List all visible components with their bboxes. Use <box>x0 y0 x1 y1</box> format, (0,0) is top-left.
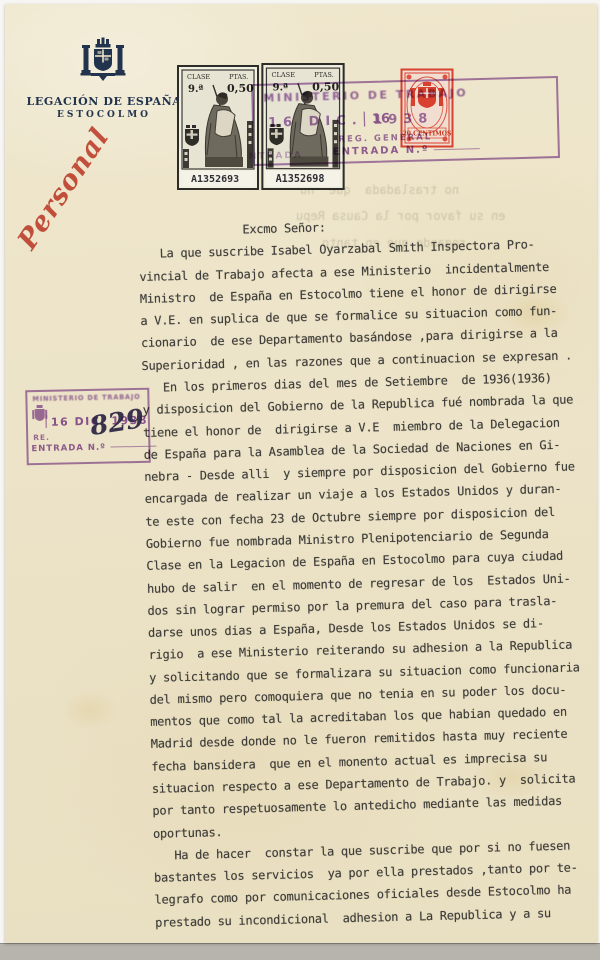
registry-rubber-stamp-top: MINISTERIO DE TRABAJO 16 DIC. 1938 | 16 … <box>251 76 560 166</box>
stamp-entry-blank <box>110 446 156 448</box>
stamp-registry-line: REG. GENERAL <box>338 132 432 144</box>
stamp-ministry-line: MINISTERIO DE TRABAJO <box>32 393 140 403</box>
spain-coat-of-arms-icon <box>77 36 129 98</box>
stamp-entry-blank <box>434 148 480 150</box>
stamp-class-label: CLASE <box>187 73 210 81</box>
stamp-ptas-label: PTAS. <box>314 71 334 79</box>
stamp-entry-label: ENTRADA N.º <box>31 443 106 455</box>
scanned-letter-photo: no trasladada que nu en su favor por la … <box>0 0 600 960</box>
stamp-registry-line: RE. <box>33 433 50 442</box>
stamp-entry-ghost: NTRADA <box>249 151 303 162</box>
stamp-entry-label: ENTRADA N.º <box>333 144 430 158</box>
stamp-ptas-label: PTAS. <box>229 73 248 81</box>
scan-background-strip <box>0 943 600 960</box>
revenue-stamp-left: CLASE PTAS. 9.ª 0,50 <box>177 65 259 194</box>
stamp-class-value: 9.ª <box>188 84 203 95</box>
letterhead-city: ESTOCOLMO <box>18 110 190 120</box>
letter-body-text: Excmo Señor: La que suscribe Isabel Oyar… <box>138 210 586 933</box>
letterhead-organization: LEGACIÓN DE ESPAÑA <box>18 95 190 108</box>
stamp-serial-number: A1352698 <box>276 174 325 185</box>
stamp-serial-number: A1352693 <box>191 174 239 185</box>
stamp-date: 16 DIC. 1938 <box>268 111 434 130</box>
stamp-tick-mark: | <box>362 109 368 127</box>
stamp-entry-line: ENTRADA N.º <box>31 442 156 455</box>
stamp-entry-line: ENTRADA N.º <box>333 143 480 158</box>
stamp-tick-mark: | <box>44 414 49 429</box>
stamp-date-echo: 16 <box>372 111 390 126</box>
stamp-ministry-line: MINISTERIO DE TRABAJO <box>263 86 468 104</box>
stamp-class-label: CLASE <box>272 71 296 79</box>
